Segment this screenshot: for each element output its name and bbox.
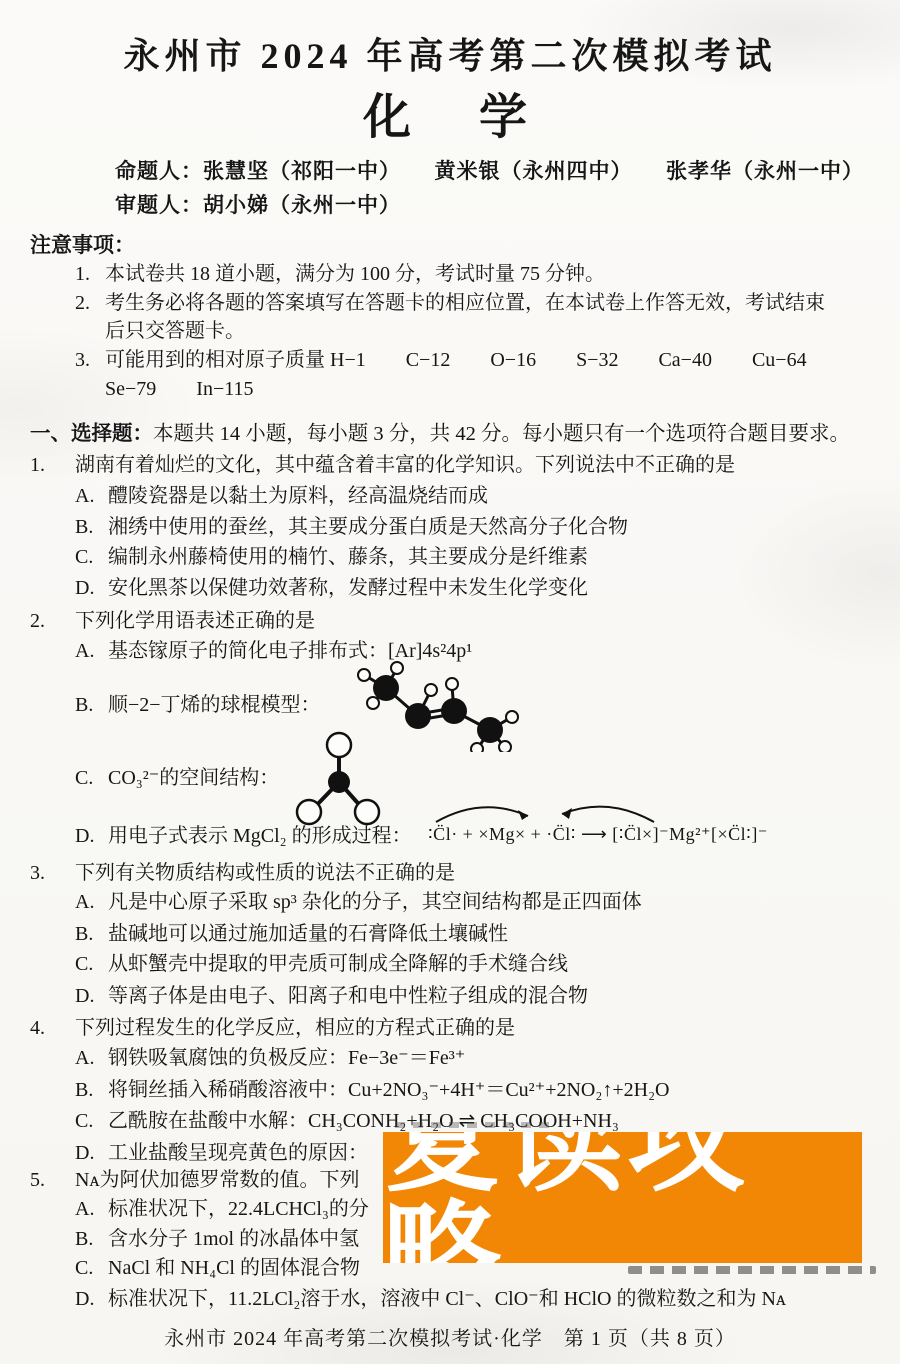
notice-item-2-cont: 后只交答题卡。 <box>105 318 245 344</box>
section-1-heading: 一、选择题：本题共 14 小题，每小题 3 分，共 42 分。每小题只有一个选项… <box>30 421 850 447</box>
notice-item-2: 2.考生务必将各题的答案填写在答题卡的相应位置，在本试卷上作答无效，考试结束 <box>75 290 825 316</box>
question-5-option-d: D.标准状况下，11.2LCl₂溶于水，溶液中 Cl⁻、ClO⁻和 HClO 的… <box>75 1286 786 1312</box>
notice-item-3: 3.可能用到的相对原子质量 H−1 C−12 O−16 S−32 Ca−40 C… <box>75 347 807 373</box>
question-1-option-c: C.编制永州藤椅使用的楠竹、藤条，其主要成分是纤维素 <box>75 544 588 570</box>
electron-formula-lhs: ∶C̈l· + ×Mg× + ·C̈l∶ <box>428 824 576 844</box>
question-3-option-c: C.从虾蟹壳中提取的甲壳质可制成全降解的手术缝合线 <box>75 951 568 977</box>
notice-item-3-cont: Se−79 In−115 <box>105 376 253 402</box>
page-footer: 永州市 2024 年高考第二次模拟考试·化学 第 1 页（共 8 页） <box>0 1322 900 1351</box>
section-1-label: 一、选择题： <box>30 423 153 445</box>
obscured-text-smudge-bottom <box>628 1266 876 1274</box>
question-3-option-d: D.等离子体是由电子、阳离子和电中性粒子组成的混合物 <box>75 983 588 1009</box>
notice-item-1: 1.本试卷共 18 道小题，满分为 100 分，考试时量 75 分钟。 <box>75 261 605 287</box>
reviewer-names: 胡小娣（永州一中） <box>203 193 401 217</box>
watermark-banner: 复读攻略 <box>383 1132 862 1263</box>
question-2-stem: 2.下列化学用语表述正确的是 <box>30 608 315 634</box>
proposer-label: 命题人： <box>115 159 203 183</box>
notices-heading: 注意事项： <box>30 232 135 258</box>
question-4-option-b: B.将铜丝插入稀硝酸溶液中：Cu+2NO₃⁻+4H⁺＝Cu²⁺+2NO₂↑+2H… <box>75 1077 669 1103</box>
question-3-stem: 3.下列有关物质结构或性质的说法不正确的是 <box>30 860 455 886</box>
question-5-option-c: C.NaCl 和 NH₄Cl 的固体混合物 <box>75 1255 360 1281</box>
reviewer-line: 审题人：胡小娣（永州一中） <box>115 192 401 218</box>
question-1-stem: 1.湖南有着灿烂的文化，其中蕴含着丰富的化学知识。下列说法中不正确的是 <box>30 452 735 478</box>
question-2-option-b: B.顺−2−丁烯的球棍模型： <box>75 692 321 718</box>
question-1-option-d: D.安化黑茶以保健功效著称，发酵过程中未发生化学变化 <box>75 575 588 601</box>
proposer-names: 张慧坚（祁阳一中） 黄米银（永州四中） 张孝华（永州一中） <box>203 159 864 183</box>
question-1-option-b: B.湘绣中使用的蚕丝，其主要成分蛋白质是天然高分子化合物 <box>75 514 628 540</box>
electron-dot-formula: ∶C̈l· + ×Mg× + ·C̈l∶ ⟶ [∶C̈l×]⁻Mg²⁺[×C̈l… <box>428 824 768 845</box>
reviewer-label: 审题人： <box>115 193 203 217</box>
proposer-line: 命题人：张慧坚（祁阳一中） 黄米银（永州四中） 张孝华（永州一中） <box>115 158 864 184</box>
subject-title: 化 学 <box>0 78 900 147</box>
question-4-option-d: D.工业盐酸呈现亮黄色的原因： <box>75 1140 368 1166</box>
electron-transfer-arrows-icon <box>430 798 660 826</box>
page-title: 永州市 2024 年高考第二次模拟考试 <box>0 28 900 79</box>
question-3-option-b: B.盐碱地可以通过施加适量的石膏降低土壤碱性 <box>75 921 508 947</box>
question-1-option-a: A.醴陵瓷器是以黏土为原料，经高温烧结而成 <box>75 483 488 509</box>
question-5-option-a: A.标准状况下，22.4LCHCl₃的分 <box>75 1196 369 1222</box>
trigonal-pyramid-ball-stick-model-icon <box>292 730 387 828</box>
question-4-stem: 4.下列过程发生的化学反应，相应的方程式正确的是 <box>30 1015 515 1041</box>
question-2-option-c: C.CO₃²⁻的空间结构： <box>75 765 279 791</box>
question-4-option-a: A.钢铁吸氧腐蚀的负极反应：Fe−3e⁻＝Fe³⁺ <box>75 1045 465 1071</box>
exam-paper-page: 永州市 2024 年高考第二次模拟考试 化 学 命题人：张慧坚（祁阳一中） 黄米… <box>0 0 900 1364</box>
watermark-text: 复读攻略 <box>383 1132 862 1263</box>
electron-formula-arrow: ⟶ <box>581 824 607 844</box>
question-5-stem: 5.Nᴀ为阿伏加德罗常数的值。下列 <box>30 1167 360 1193</box>
obscured-text-smudge-top <box>395 1122 555 1128</box>
electron-formula-rhs: [∶C̈l×]⁻Mg²⁺[×C̈l∶]⁻ <box>612 824 768 844</box>
question-4-option-c: C.乙酰胺在盐酸中水解：CH₃CONH₂+H₂O ⇌ CH₃COOH+NH₃ <box>75 1108 619 1134</box>
question-2-option-d: D.用电子式表示 MgCl₂ 的形成过程： <box>75 823 412 849</box>
question-3-option-a: A.凡是中心原子采取 sp³ 杂化的分子，其空间结构都是正四面体 <box>75 889 642 915</box>
question-5-option-b: B.含水分子 1mol 的冰晶体中氢 <box>75 1226 359 1252</box>
